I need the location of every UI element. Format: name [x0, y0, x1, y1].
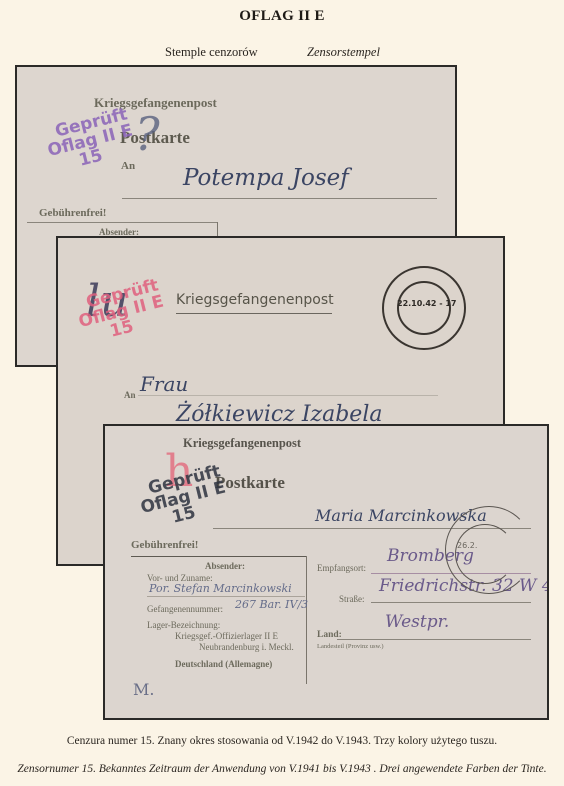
card-header: Kriegsgefangenenpost — [176, 292, 334, 308]
prisoner-number-label: Gefangenennummer: — [147, 604, 223, 614]
country-line — [337, 639, 531, 640]
an-label: An — [121, 160, 135, 172]
fee-note: Gebührenfrei! — [39, 207, 106, 219]
street-line — [371, 602, 531, 603]
camp-label: Lager-Bezeichnung: — [147, 620, 220, 630]
postmark-date: 22.10.42 - 17 — [397, 299, 449, 308]
fee-note: Gebührenfrei! — [131, 539, 198, 551]
place-label: Empfangsort: — [317, 563, 366, 573]
censor-stamp-black: Geprüft Oflag II E 15 — [135, 463, 232, 533]
handwritten-initial-m: M. — [133, 680, 154, 699]
sender-box-side — [306, 556, 307, 684]
sender-box-top — [131, 556, 306, 557]
subtitle-polish: Stemple cenzorów — [165, 45, 258, 60]
sender-label: Absender: — [205, 561, 245, 571]
card-header: Kriegsgefangenenpost — [183, 436, 301, 451]
street-label: Straße: — [339, 594, 365, 604]
an-label: An — [124, 390, 136, 400]
salutation: Frau — [140, 372, 188, 396]
handwritten-initial: ? — [135, 107, 160, 161]
postcard-black-stamp: Kriegsgefangenenpost Postkarte Maria Mar… — [103, 424, 549, 720]
sender-name-line — [147, 596, 305, 597]
country-value: Westpr. — [385, 612, 449, 632]
sender-name-value: Por. Stefan Marcinkowski — [149, 582, 292, 595]
subtitle-german: Zensorstempel — [307, 45, 380, 60]
address-line — [122, 198, 437, 199]
camp-line-2: Neubrandenburg i. Meckl. — [199, 642, 294, 652]
address-line — [138, 395, 438, 396]
caption-german: Zensornumer 15. Bekanntes Zeitraum der A… — [0, 763, 564, 775]
postmark-date: 26.2. — [457, 541, 477, 550]
header-underline — [176, 313, 332, 314]
sender-box-top — [27, 222, 217, 223]
postmark-inner — [455, 524, 515, 584]
recipient-name: Potempa Josef — [183, 165, 349, 191]
prisoner-number-value: 267 Bar. IV/3 — [235, 598, 308, 611]
page-title: OFLAG II E — [0, 8, 564, 25]
caption-polish: Cenzura numer 15. Znany okres stosowania… — [0, 735, 564, 747]
camp-line-1: Kriegsgef.-Offizierlager II E — [175, 631, 278, 641]
province-label: Landesteil (Provinz usw.) — [317, 643, 384, 650]
sender-country: Deutschland (Allemagne) — [175, 659, 272, 669]
postmark-inner — [397, 281, 451, 335]
